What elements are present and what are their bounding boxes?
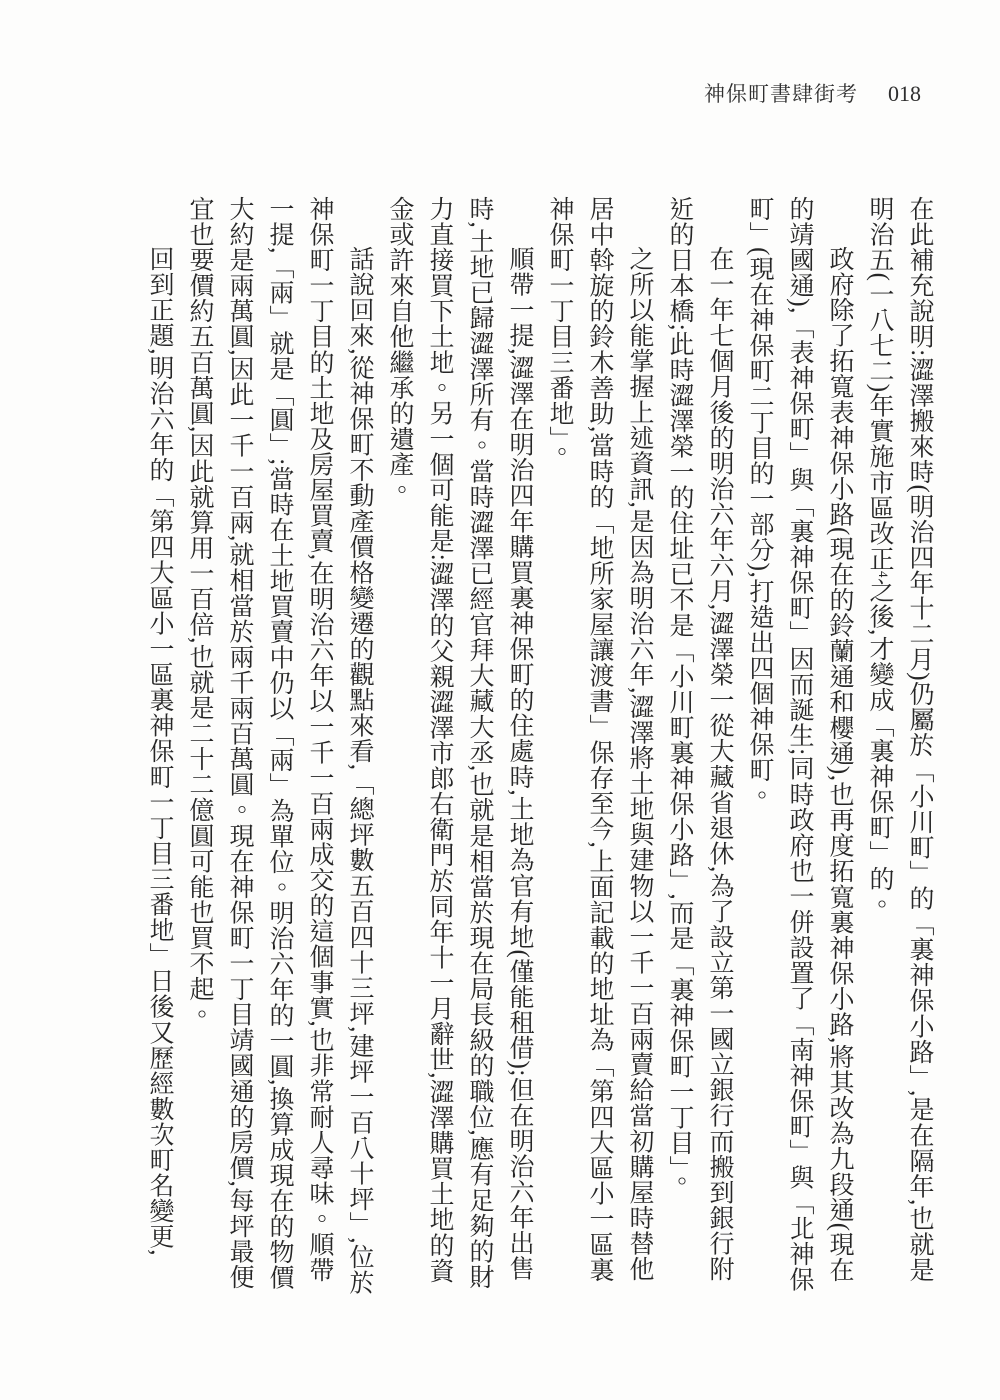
paragraph-text: 之所以能掌握上述資訊,是因為明治六年,澀澤將土地與建物以一千一百兩賣給當初購屋時…: [546, 196, 653, 1283]
paragraph: 之所以能掌握上述資訊,是因為明治六年,澀澤將土地與建物以一千一百兩賣給當初購屋時…: [539, 196, 659, 1298]
paragraph-text: 之後,才變成「裏神保町」的。: [866, 578, 893, 917]
paragraph-text: 話說回來,從神保町不動產價格變遷的觀點來看,「總坪數五百四十三坪,建坪一百八十坪…: [186, 196, 373, 1295]
book-title: 神保町書肆街考: [704, 78, 858, 108]
footnote-ref: 4: [863, 571, 903, 578]
paragraph: 順帶一提,澀澤在明治四年購買裏神保町的住處時,土地為官有地(僅能租借);但在明治…: [379, 196, 539, 1298]
paragraph: 回到正題,明治六年的「第四大區小一區裏神保町一丁目三番地」日後又歷經數次町名變更…: [139, 196, 179, 1298]
book-page: { "colors": { "background": "#fdfdfc", "…: [0, 0, 1000, 1400]
paragraph-text: 順帶一提,澀澤在明治四年購買裏神保町的住處時,土地為官有地(僅能租借);但在明治…: [386, 196, 533, 1290]
paragraph-text: 在一年七個月後的明治六年六月,澀澤榮一從大藏省退休,為了設立第一國立銀行而搬到銀…: [666, 196, 733, 1282]
running-header: 神保町書肆街考 018: [704, 78, 921, 108]
paragraph: 政府除了拓寬表神保小路(現在的鈴蘭通和櫻通),也再度拓寬裏神保小路,將其改為九段…: [739, 196, 859, 1298]
paragraph: 在一年七個月後的明治六年六月,澀澤榮一從大藏省退休,為了設立第一國立銀行而搬到銀…: [659, 196, 739, 1298]
paragraph: 話說回來,從神保町不動產價格變遷的觀點來看,「總坪數五百四十三坪,建坪一百八十坪…: [179, 196, 379, 1298]
paragraph: 在此補充說明:澀澤搬來時(明治四年十二月)仍屬於「小川町」的「裏神保小路」,是在…: [859, 196, 939, 1298]
text-block: 在此補充說明:澀澤搬來時(明治四年十二月)仍屬於「小川町」的「裏神保小路」,是在…: [137, 196, 939, 1298]
paragraph-text: 回到正題,明治六年的「第四大區小一區裏神保町一丁目三番地」日後又歷經數次町名變更…: [146, 246, 173, 1256]
page-number: 018: [888, 81, 921, 107]
paragraph-text: 政府除了拓寬表神保小路(現在的鈴蘭通和櫻通),也再度拓寬裏神保小路,將其改為九段…: [746, 196, 853, 1292]
